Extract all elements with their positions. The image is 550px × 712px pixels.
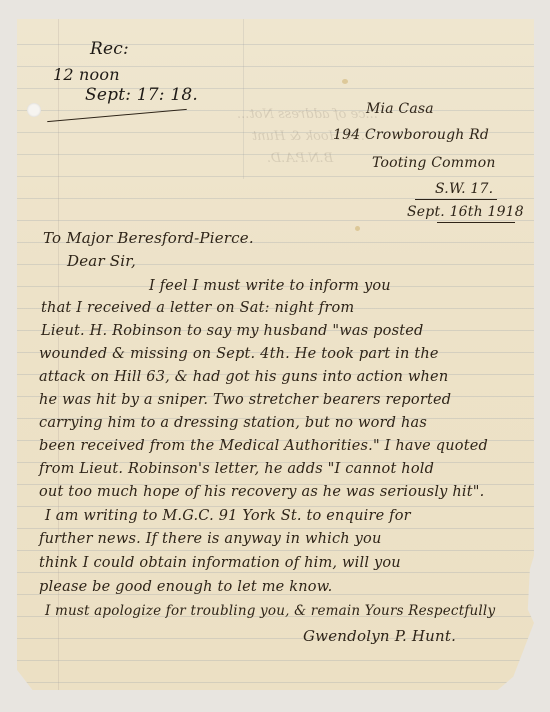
body-line: Lieut. H. Robinson to say my husband "wa… (41, 323, 424, 339)
body-line: I am writing to M.G.C. 91 York St. to en… (45, 508, 411, 524)
body-line: out too much hope of his recovery as he … (39, 484, 484, 500)
foxing-stain (342, 79, 348, 84)
body-line: think I could obtain information of him,… (39, 555, 401, 571)
body-line: from Lieut. Robinson's letter, he adds "… (39, 461, 434, 477)
date-underline (437, 222, 515, 223)
received-time: 12 noon (53, 65, 120, 84)
body-line: he was hit by a sniper. Two stretcher be… (39, 392, 451, 408)
address-street: 194 Crowborough Rd (333, 127, 489, 143)
address-district: Tooting Common (372, 155, 496, 171)
received-date: Sept: 17: 18. (85, 85, 198, 105)
letter-date: Sept. 16th 1918 (407, 204, 524, 220)
body-line: further news. If there is anyway in whic… (39, 531, 382, 547)
signature: Gwendolyn P. Hunt. (303, 627, 456, 645)
received-underline (47, 109, 187, 122)
body-line: wounded & missing on Sept. 4th. He took … (39, 346, 439, 362)
body-line: please be good enough to let me know. (39, 579, 332, 595)
salutation: Dear Sir, (67, 252, 136, 270)
fold-crease (243, 19, 244, 179)
body-line: that I received a letter on Sat: night f… (41, 300, 354, 316)
body-line: been received from the Medical Authoriti… (39, 438, 488, 454)
bleed-through-text: ...ce of address Not... (237, 107, 378, 122)
punch-hole (27, 103, 41, 117)
bleed-through-text: B.N.P.A.D. (267, 151, 333, 166)
address-house: Mia Casa (366, 101, 434, 117)
letter-sheet: ...ce of address Not... ...4 Hook & Hunt… (17, 19, 534, 690)
body-line: I feel I must write to inform you (149, 278, 391, 294)
body-line: carrying him to a dressing station, but … (39, 415, 427, 431)
closing-line: I must apologize for troubling you, & re… (45, 603, 495, 619)
address-postcode: S.W. 17. (435, 181, 493, 197)
foxing-stain (355, 226, 360, 231)
body-line: attack on Hill 63, & had got his guns in… (39, 369, 448, 385)
received-label: Rec: (90, 39, 129, 59)
postcode-underline (415, 199, 497, 200)
recipient-line: To Major Beresford-Pierce. (43, 229, 254, 247)
